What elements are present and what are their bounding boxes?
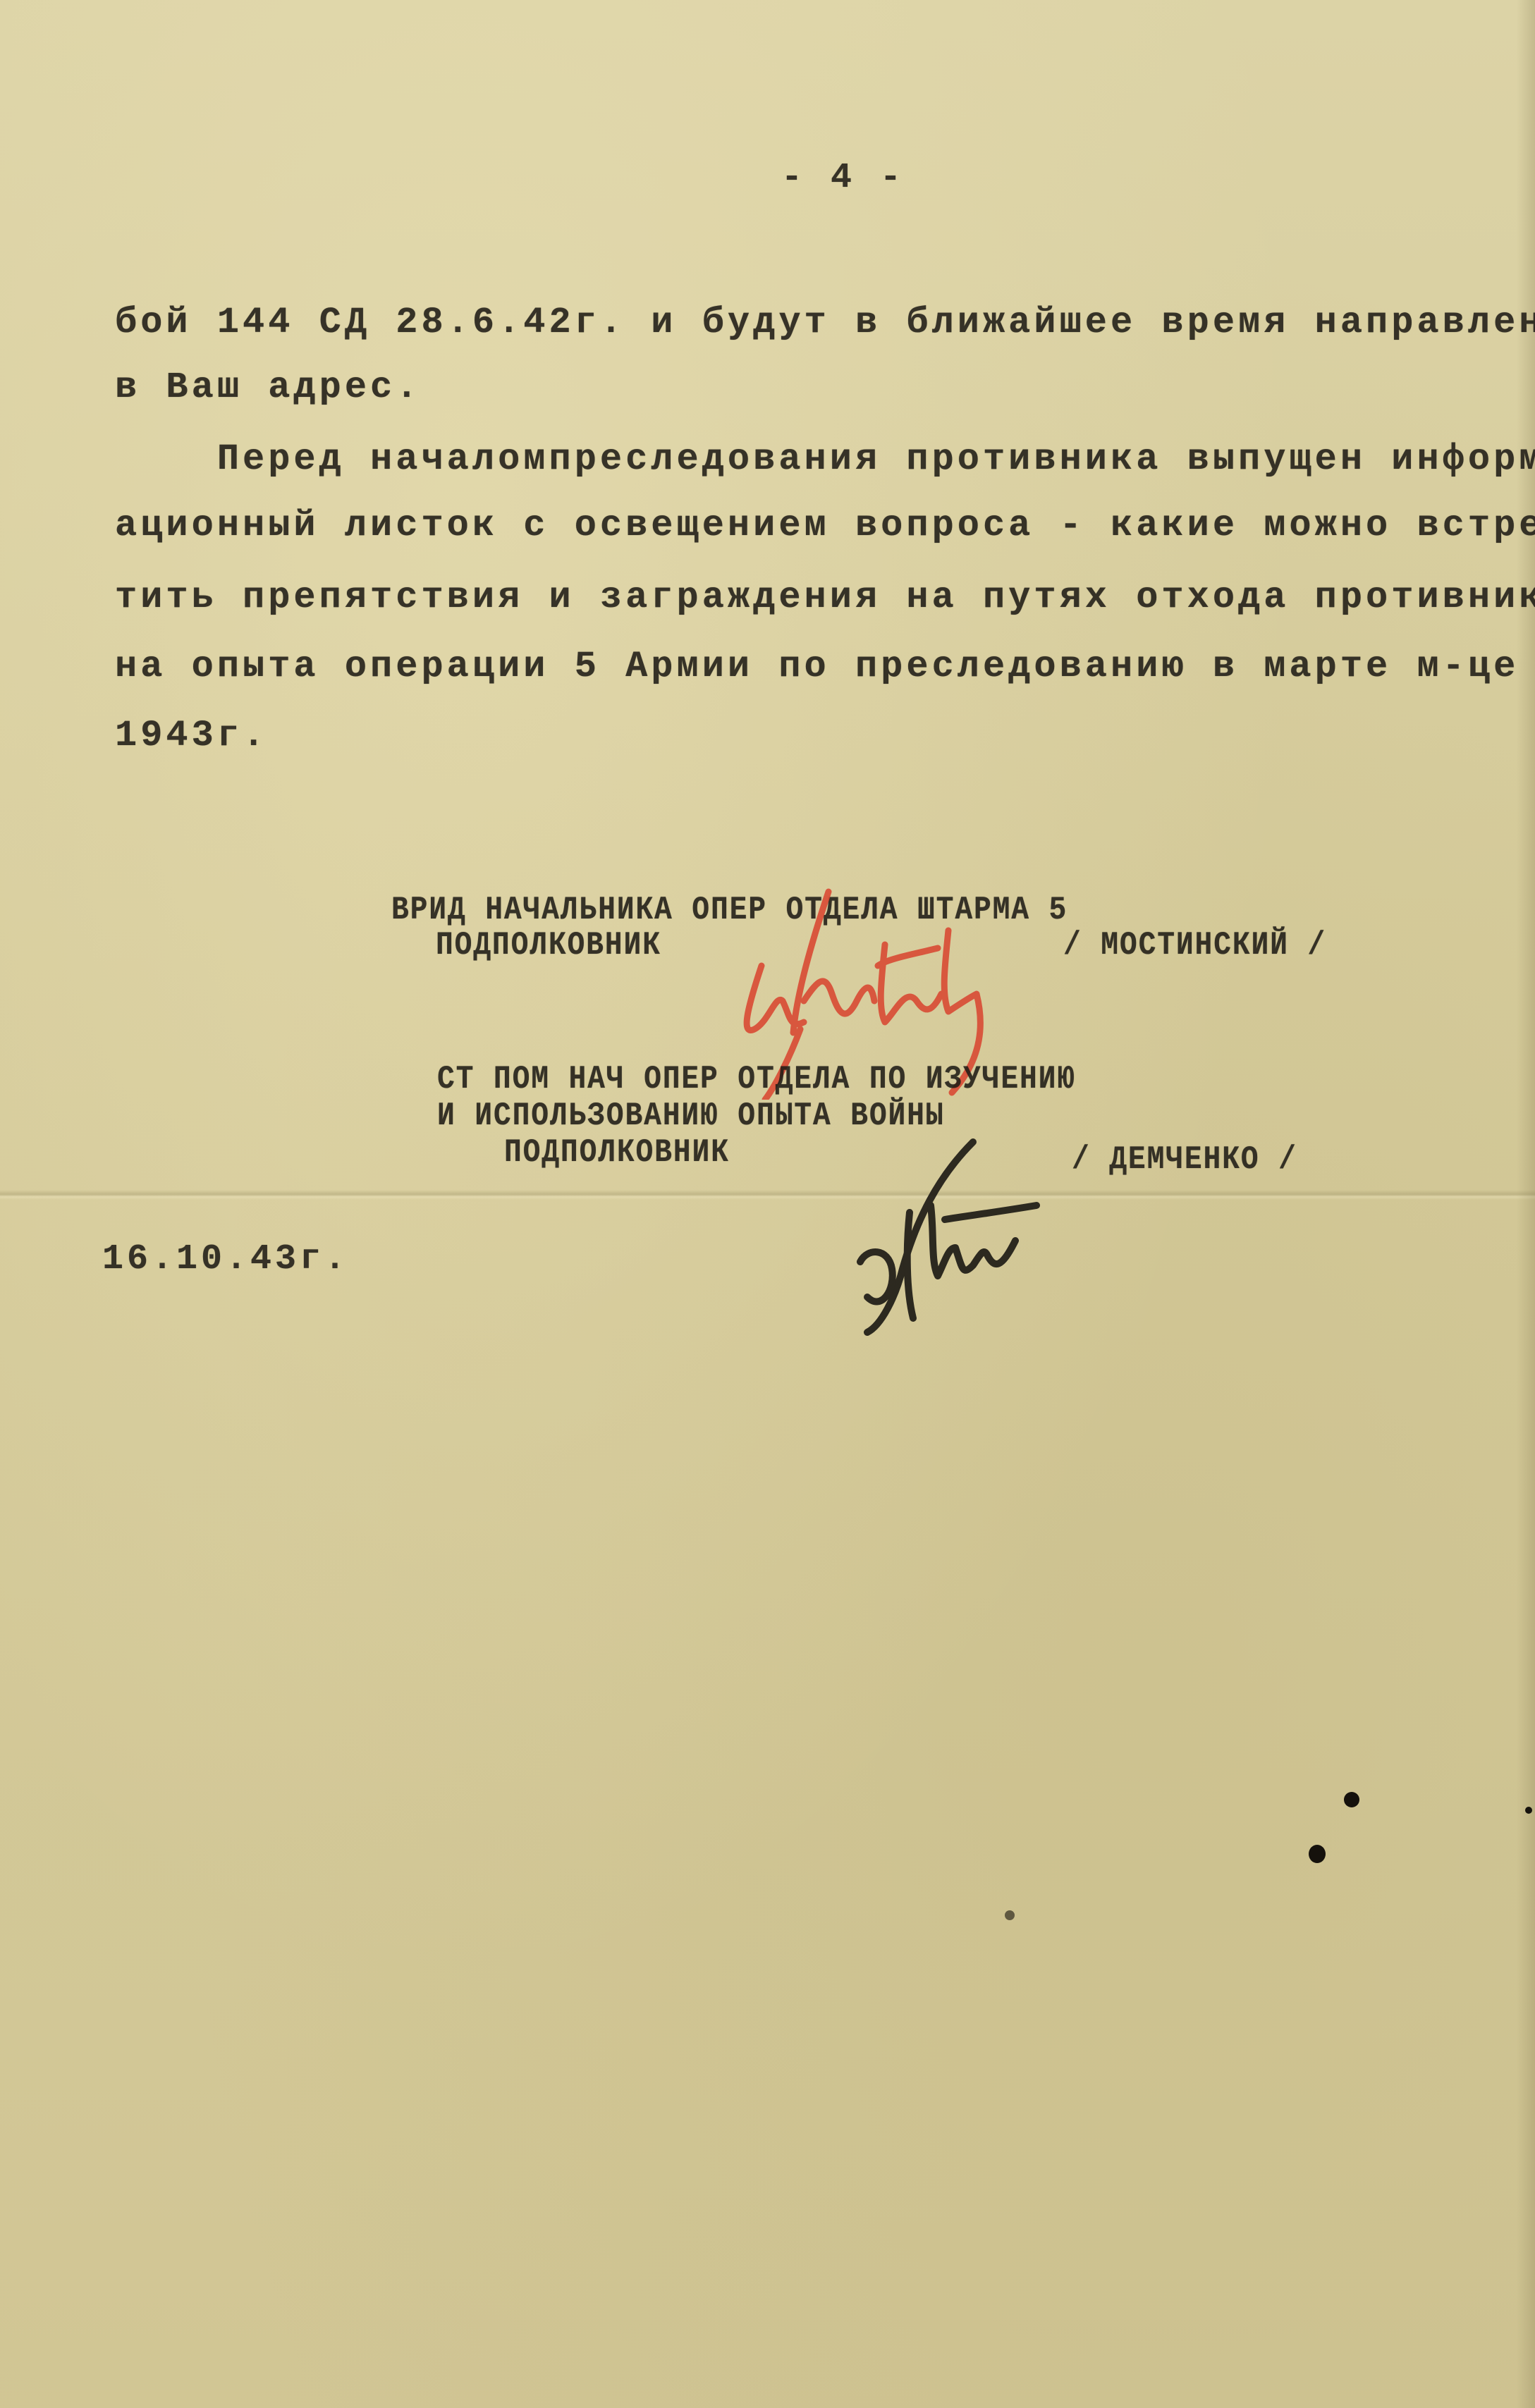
body-line-2: в Ваш адрес. — [115, 369, 421, 406]
body-line-1: бой 144 СД 28.6.42г. и будут в ближайшее… — [115, 305, 1535, 341]
ink-spot — [1309, 1845, 1326, 1863]
signer-1-rank: ПОДПОЛКОВНИК — [436, 929, 661, 962]
body-line-6: на опыта операции 5 Армии по преследован… — [115, 649, 1519, 685]
ink-spot — [1005, 1910, 1015, 1920]
body-line-4: ационный листок с освещением вопроса - к… — [115, 508, 1535, 544]
black-signature-icon — [825, 1128, 1093, 1339]
body-line-7: 1943г. — [115, 718, 268, 754]
signer-2-rank: ПОДПОЛКОВНИК — [504, 1136, 730, 1169]
body-line-3: Перед началомпреследования противника вы… — [115, 441, 1535, 478]
body-line-5: тить препятствия и заграждения на путях … — [115, 579, 1535, 616]
signer-2-title-line-1: СТ ПОМ НАЧ ОПЕР ОТДЕЛА ПО ИЗУЧЕНИЮ — [437, 1063, 1076, 1095]
paper-fold-crease — [0, 1190, 1535, 1200]
ink-spot — [1525, 1807, 1532, 1814]
page-number: - 4 - — [781, 161, 905, 196]
paper-edge-shadow — [1517, 0, 1535, 2408]
ink-spot — [1344, 1792, 1359, 1807]
document-date: 16.10.43г. — [102, 1242, 349, 1277]
paper-background — [0, 0, 1535, 2408]
signer-2-name: / ДЕМЧЕНКО / — [1072, 1143, 1297, 1176]
